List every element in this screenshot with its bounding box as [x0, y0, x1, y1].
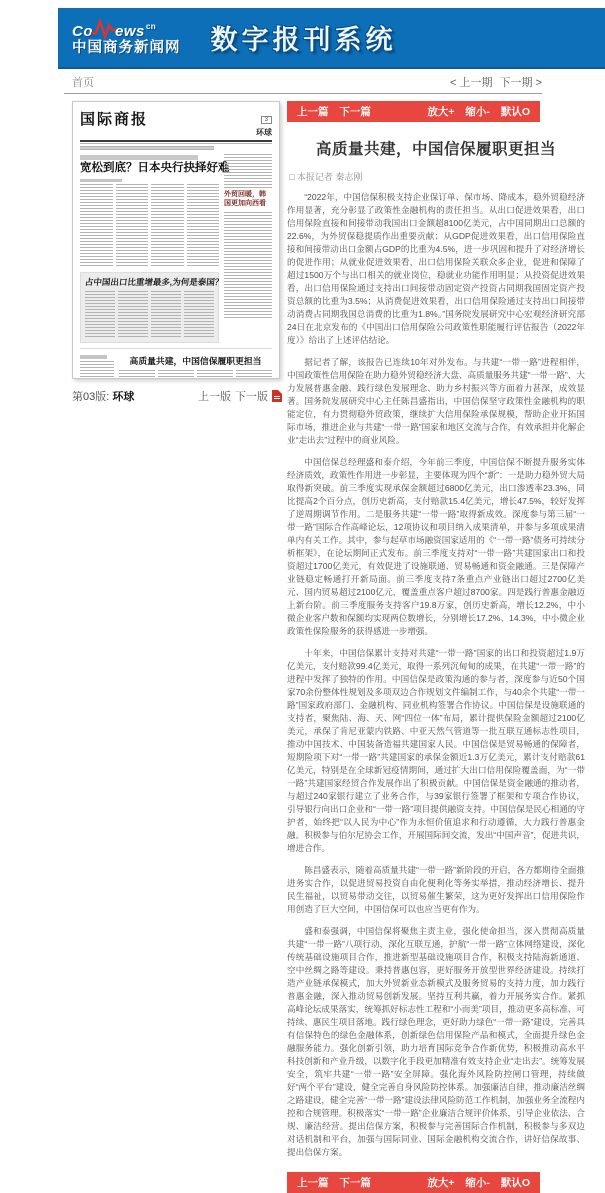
- page-nav: 上一版 下一版: [198, 388, 282, 404]
- paper-masthead-title: 国际商报: [80, 108, 148, 129]
- prev-article-button[interactable]: 上一篇: [297, 106, 329, 118]
- paper-right-column: 外贸回暖，韩国更加向西看: [224, 154, 272, 343]
- page-label: 第03版: 环球: [72, 388, 134, 404]
- site-logo[interactable]: Coewscn 中国商务新闻网: [72, 19, 181, 56]
- simulated-text-column: [184, 291, 214, 339]
- article-toolbar-top: 上一篇 下一篇 放大+ 缩小- 默认O: [287, 101, 540, 122]
- content-area: 国际商报 3 环球 宽松到底？日本央行抉择好难: [72, 101, 605, 1193]
- conews-wordmark: Coewscn: [72, 19, 181, 39]
- paper-bottom-left-column: [80, 353, 114, 379]
- paper-section-tag: 环球: [256, 127, 272, 138]
- paper-headline-mid: 占中国出口比重增最多,为何是泰国？: [84, 276, 214, 288]
- article-column: 上一篇 下一篇 放大+ 缩小- 默认O 高质量共建，中国信保履职更担当 □ 本报…: [287, 101, 585, 1193]
- article-body: “2022年，中国信保积极支持企业保订单、保市场、降成本，稳外贸稳经济作用显著，…: [287, 191, 585, 1159]
- page-number-label: 第03版:: [72, 391, 109, 403]
- pdf-icon[interactable]: [272, 390, 282, 402]
- simulated-text-column: [158, 370, 194, 379]
- zoom-reset-button[interactable]: 默认O: [501, 1177, 530, 1189]
- article-paragraph: 中国信保总经理盛和泰介绍，今年前三季度，中国信保不断提升服务实体经济质效，政策性…: [287, 456, 585, 638]
- paper-top-row: 宽松到底？日本央行抉择好难 占中国出口比重增最多,为何是泰国？: [80, 154, 272, 343]
- paper-page-number: 3: [261, 116, 272, 124]
- simulated-text-columns: [80, 184, 219, 268]
- simulated-text-column: [118, 291, 148, 339]
- zoom-out-button[interactable]: 缩小-: [465, 106, 490, 118]
- masthead-rule-thin: [80, 143, 272, 144]
- article-paragraph: 陈昌盛表示，随着高质量共建“一带一路”新阶段的开启，各方都期待全面推进务实合作，…: [287, 864, 585, 916]
- home-link[interactable]: 首页: [72, 74, 94, 90]
- article-title: 高质量共建，中国信保履职更担当: [291, 137, 581, 159]
- prev-issue-link[interactable]: < 上一期: [450, 77, 492, 89]
- article-paragraph: 盛和泰强调，中国信保将聚焦主责主业，强化使命担当，深入贯彻高质量共建“一带一路”…: [287, 925, 585, 1159]
- pulse-icon: [91, 19, 117, 39]
- simulated-text-column: [187, 184, 220, 268]
- zoom-group: 放大+ 缩小- 默认O: [427, 104, 530, 119]
- simulated-text-columns: [85, 291, 214, 339]
- paper-headline-main: 宽松到底？日本央行抉择好难: [80, 162, 219, 176]
- system-name: 数字报刊系统: [211, 18, 397, 57]
- prev-page-link[interactable]: 上一版: [198, 388, 231, 404]
- simulated-text-columns: [119, 370, 272, 379]
- simulated-text-column: [116, 184, 149, 268]
- site-name: 中国商务新闻网: [72, 41, 181, 56]
- logo-text-co: Co: [72, 24, 93, 39]
- paper-dateline: [80, 146, 214, 150]
- prev-article-button[interactable]: 上一篇: [297, 1177, 329, 1189]
- paper-bottom-row: 高质量共建，中国信保履职更担当: [80, 348, 272, 379]
- article-paragraph: 十年来，中国信保累计支持对共建“一带一路”国家的出口和投资超过1.9万亿美元，支…: [287, 647, 585, 855]
- article-paragraph: 据记者了解，该报告已连续10年对外发布。与共建“一带一路”进程相伴，中国政策性信…: [287, 356, 585, 447]
- page-caption: 第03版: 环球 上一版 下一版: [72, 388, 282, 404]
- next-article-button[interactable]: 下一篇: [339, 106, 371, 118]
- zoom-out-button[interactable]: 缩小-: [465, 1177, 490, 1189]
- paper-main-column: 宽松到底？日本央行抉择好难 占中国出口比重增最多,为何是泰国？: [80, 154, 219, 343]
- paper-masthead: 国际商报 3 环球: [80, 108, 272, 138]
- mini-heading-bar: [80, 355, 107, 359]
- paper-headline-side: 外贸回暖，韩国更加向西看: [224, 191, 272, 209]
- article-paragraph: “2022年，中国信保积极支持企业保订单、保市场、降成本，稳外贸稳经济作用显著，…: [287, 191, 585, 347]
- logo-suffix: cn: [146, 23, 156, 31]
- article-nav-group: 上一篇 下一篇: [297, 104, 371, 119]
- simulated-text-column: [85, 291, 115, 339]
- issue-nav: < 上一期 下一期 >: [446, 74, 542, 90]
- simulated-text-column: [151, 291, 181, 339]
- simulated-text-column: [119, 370, 155, 379]
- header-band: Coewscn 中国商务新闻网 数字报刊系统: [58, 8, 605, 69]
- next-page-link[interactable]: 下一版: [235, 388, 268, 404]
- paper-mid-article: 占中国出口比重增最多,为何是泰国？: [80, 272, 219, 343]
- section-name: 环球: [112, 391, 134, 403]
- next-issue-link[interactable]: 下一期 >: [500, 77, 542, 89]
- zoom-reset-button[interactable]: 默认O: [501, 106, 530, 118]
- simulated-text-column: [224, 154, 272, 188]
- article-nav-group: 上一篇 下一篇: [297, 1175, 371, 1190]
- paper-kicker-bar: [80, 155, 198, 160]
- simulated-text-column: [80, 184, 113, 268]
- article-byline: □ 本报记者 秦志刚: [289, 170, 585, 183]
- zoom-in-button[interactable]: 放大+: [427, 1177, 454, 1189]
- top-nav: 首页 < 上一期 下一期 >: [64, 69, 542, 94]
- zoom-in-button[interactable]: 放大+: [427, 106, 454, 118]
- simulated-text-column: [224, 212, 272, 320]
- simulated-text-column: [80, 361, 114, 379]
- zoom-group: 放大+ 缩小- 默认O: [427, 1175, 530, 1190]
- article-toolbar-bottom: 上一篇 下一篇 放大+ 缩小- 默认O: [287, 1172, 540, 1193]
- next-article-button[interactable]: 下一篇: [339, 1177, 371, 1189]
- simulated-text-column: [197, 370, 233, 379]
- simulated-text-column: [236, 370, 272, 379]
- newspaper-page-thumbnail[interactable]: 国际商报 3 环球 宽松到底？日本央行抉择好难: [72, 101, 280, 379]
- paper-masthead-right: 3 环球: [256, 108, 272, 138]
- simulated-text-column: [151, 184, 184, 268]
- logo-text-ews: ews: [115, 24, 145, 39]
- page-thumbnail-column: 国际商报 3 环球 宽松到底？日本央行抉择好难: [72, 101, 282, 404]
- paper-headline-bottom: 高质量共建，中国信保履职更担当: [119, 354, 272, 367]
- paper-bottom-article: 高质量共建，中国信保履职更担当: [119, 353, 272, 379]
- paper-byline-bar: [80, 179, 122, 182]
- masthead-rule: [80, 140, 272, 142]
